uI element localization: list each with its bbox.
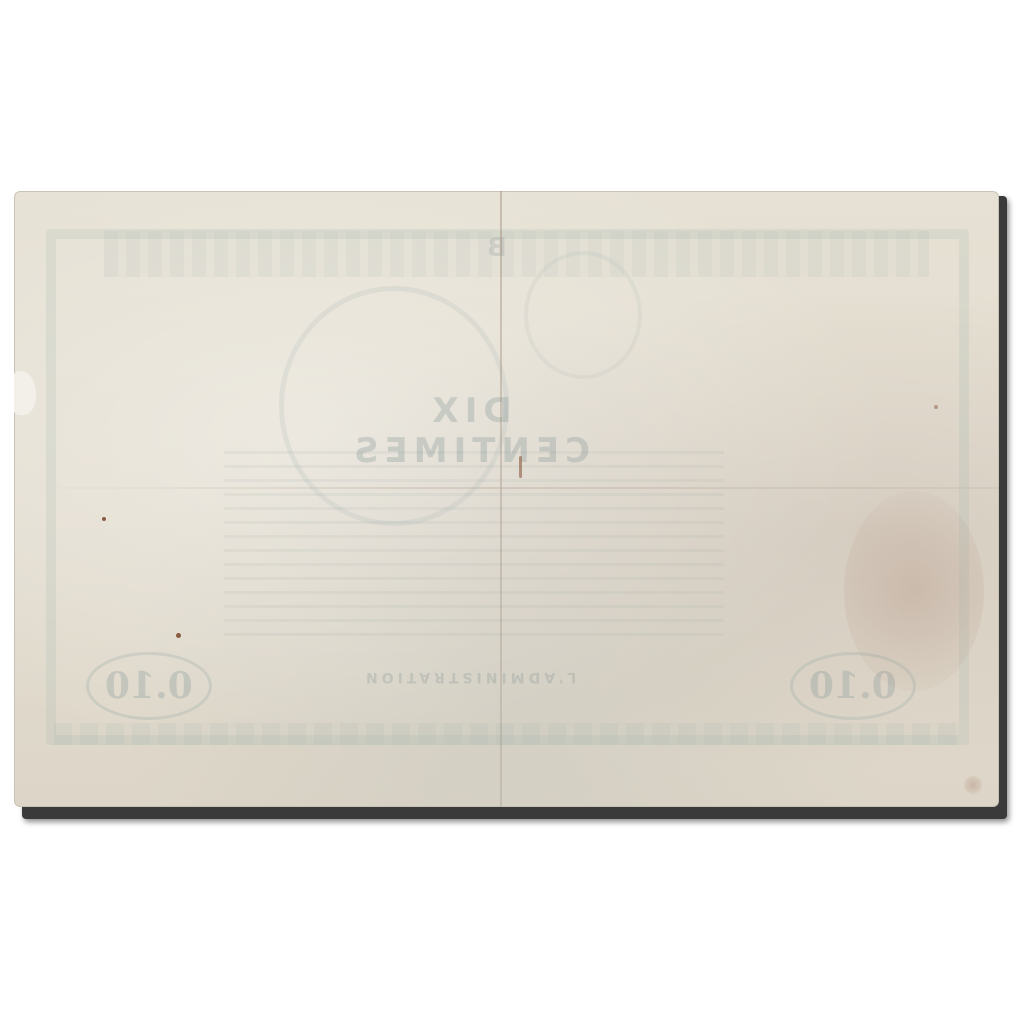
corner-stain: [964, 776, 982, 794]
stain-streak: [519, 456, 522, 478]
top-caption: B: [484, 233, 507, 263]
value-oval-left: 0.10: [86, 652, 212, 720]
denomination-text: DIX CENTIMES: [299, 391, 639, 471]
top-ornament-band: [104, 231, 929, 277]
stain-spot: [176, 633, 181, 638]
stain-spot: [102, 517, 106, 521]
horizontal-fold: [14, 487, 999, 489]
denomination-mirrored: DIX CENTIMES: [299, 391, 639, 471]
discoloration: [844, 491, 984, 691]
stain-spot: [934, 405, 938, 409]
small-emblem: [524, 251, 642, 379]
text-lines: [224, 451, 724, 641]
banknote: B DIX CENTIMES L'ADMINISTRATION 0.10 0.1…: [14, 191, 999, 807]
lower-caption: L'ADMINISTRATION: [344, 669, 594, 685]
edge-tear: [14, 371, 36, 415]
vertical-fold: [500, 191, 502, 807]
bottom-ornament-band: [54, 723, 959, 745]
